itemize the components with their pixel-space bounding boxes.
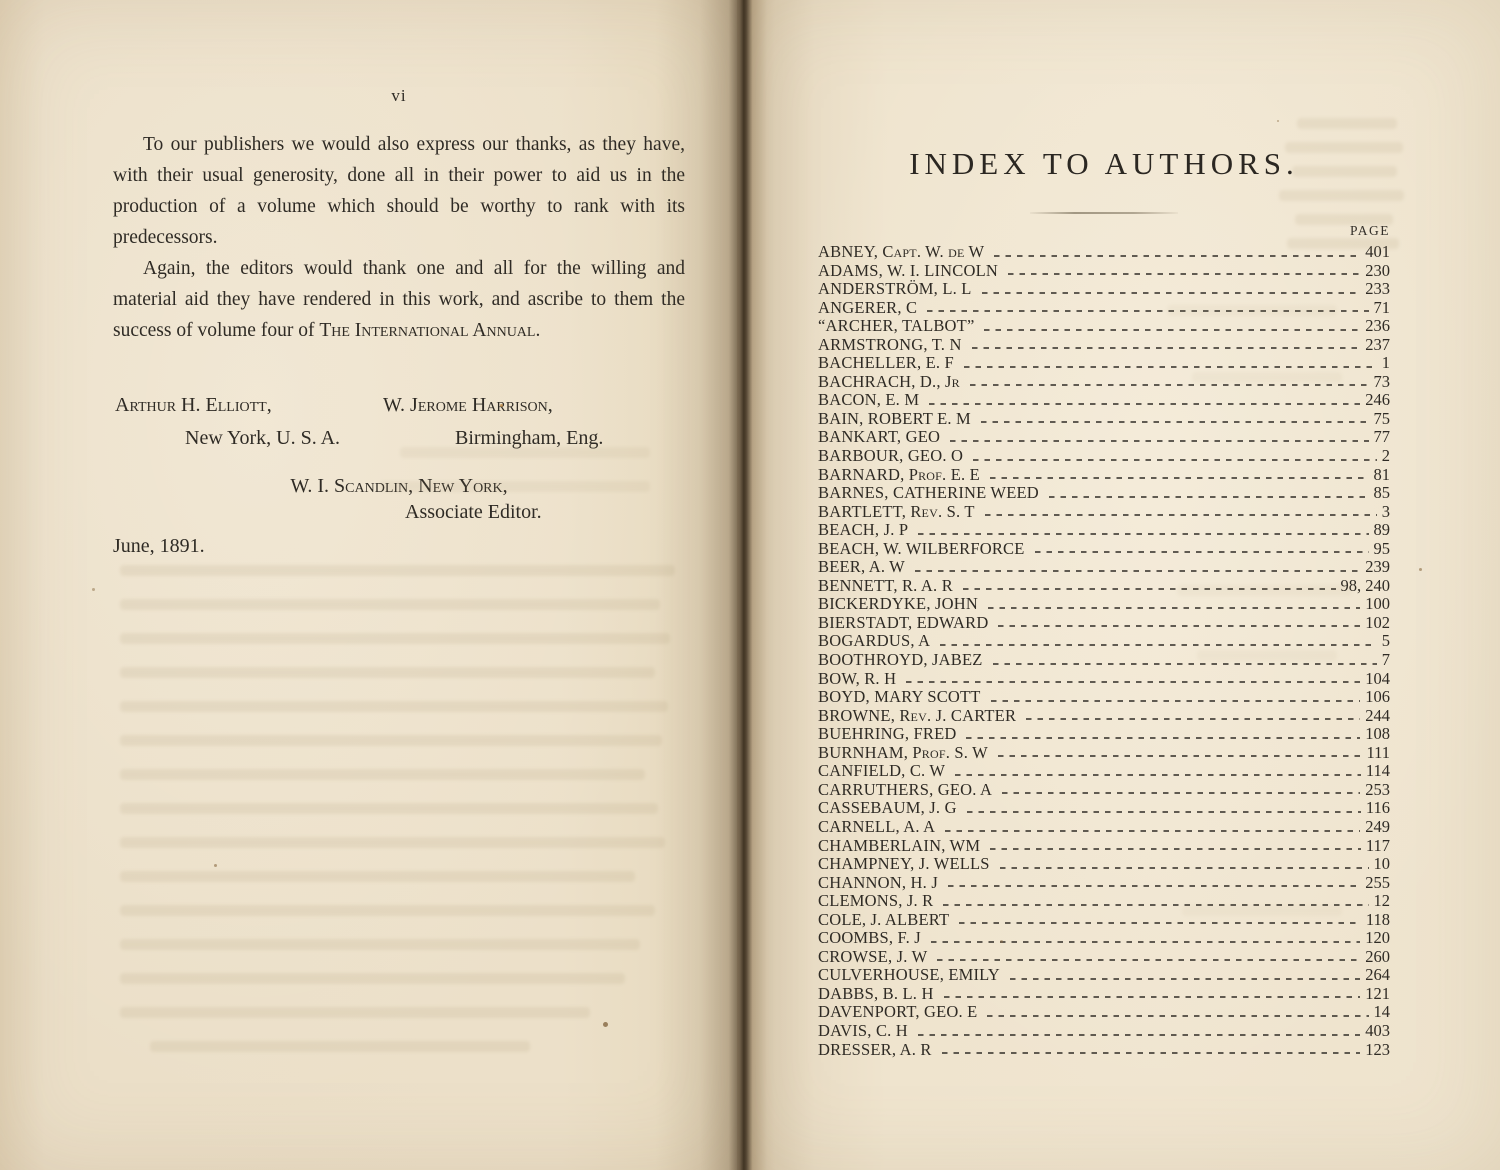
index-entry-row: BARTLETT, Rev. S. T 3 [818, 502, 1390, 521]
entry-page-number: 95 [1374, 539, 1391, 559]
index-entry-row: CARNELL, A. A 249 [818, 817, 1390, 836]
bleedthrough-text-smudge [120, 667, 655, 678]
author-name: BACHRACH, D., Jr [818, 372, 960, 392]
dot-leader [929, 403, 1360, 405]
index-entry-row: BEACH, W. WILBERFORCE 95 [818, 539, 1390, 558]
index-entry-row: COOMBS, F. J 120 [818, 928, 1390, 947]
dot-leader [966, 737, 1360, 739]
author-name: BARNES, CATHERINE WEED [818, 483, 1039, 503]
author-name: BUEHRING, FRED [818, 724, 956, 744]
dot-leader [1002, 792, 1360, 794]
dot-leader [950, 440, 1368, 442]
entry-page-number: 3 [1382, 502, 1390, 522]
entry-page-number: 108 [1365, 724, 1390, 744]
dot-leader [1010, 978, 1360, 980]
entry-page-number: 111 [1366, 743, 1390, 763]
entry-page-number: 89 [1374, 520, 1391, 540]
entry-page-number: 14 [1374, 1002, 1391, 1022]
entry-page-number: 2 [1382, 446, 1390, 466]
dot-leader [963, 588, 1336, 590]
author-name: CANFIELD, C. W [818, 761, 945, 781]
bleedthrough-text-smudge [120, 1007, 590, 1018]
author-name: BAIN, ROBERT E. M [818, 409, 971, 429]
index-entry-row: ADAMS, W. I. LINCOLN 230 [818, 261, 1390, 280]
bleedthrough-text-smudge [120, 803, 658, 814]
author-name: BARBOUR, GEO. O [818, 446, 963, 466]
entry-page-number: 249 [1365, 817, 1390, 837]
entry-page-number: 233 [1365, 279, 1390, 299]
title-divider-rule [1030, 212, 1178, 214]
entry-page-number: 10 [1374, 854, 1391, 874]
bleedthrough-text-smudge [120, 837, 665, 848]
associate-editor-title: Associate Editor. [113, 501, 685, 524]
dot-leader [998, 625, 1360, 627]
author-name: BEER, A. W [818, 557, 905, 577]
author-name: CHAMBERLAIN, WM [818, 836, 980, 856]
index-entry-row: BOOTHROYD, JABEZ 7 [818, 650, 1390, 669]
index-entry-row: DAVIS, C. H 403 [818, 1021, 1390, 1040]
dot-leader [955, 774, 1361, 776]
bleedthrough-text-smudge [120, 701, 668, 712]
index-entry-row: DAVENPORT, GEO. E 14 [818, 1002, 1390, 1021]
index-entry-row: BOYD, MARY SCOTT 106 [818, 687, 1390, 706]
author-name: CHAMPNEY, J. WELLS [818, 854, 990, 874]
dot-leader [984, 329, 1360, 331]
index-entry-row: ABNEY, Capt. W. de W 401 [818, 242, 1390, 261]
index-entry-row: COLE, J. ALBERT 118 [818, 910, 1390, 929]
dot-leader [937, 959, 1360, 961]
index-entry-row: BURNHAM, Prof. S. W 111 [818, 743, 1390, 762]
dot-leader [918, 533, 1368, 535]
author-index-list: ABNEY, Capt. W. de W 401 ADAMS, W. I. LI… [818, 242, 1390, 1058]
entry-page-number: 118 [1366, 910, 1390, 930]
entry-page-number: 98, 240 [1341, 576, 1391, 596]
editor-places-row: New York, U. S. A. Birmingham, Eng. [113, 427, 685, 460]
book-title-smallcaps: The International Annual. [319, 320, 540, 341]
entry-page-number: 114 [1366, 761, 1390, 781]
author-name: DABBS, B. L. H [818, 984, 934, 1004]
index-entry-row: CULVERHOUSE, EMILY 264 [818, 965, 1390, 984]
entry-page-number: 239 [1365, 557, 1390, 577]
index-entry-row: DABBS, B. L. H 121 [818, 984, 1390, 1003]
entry-page-number: 237 [1365, 335, 1390, 355]
index-entry-row: BARNARD, Prof. E. E 81 [818, 465, 1390, 484]
index-entry-row: BANKART, GEO 77 [818, 427, 1390, 446]
index-entry-row: BENNETT, R. A. R 98, 240 [818, 576, 1390, 595]
editor-names-row: Arthur H. Elliott, W. Jerome Harrison, [113, 394, 685, 427]
index-entry-row: BACHELLER, E. F 1 [818, 353, 1390, 372]
dot-leader [987, 1015, 1368, 1017]
dot-leader [982, 292, 1361, 294]
entry-page-number: 116 [1366, 798, 1390, 818]
index-entry-row: “ARCHER, TALBOT” 236 [818, 316, 1390, 335]
entry-page-number: 7 [1382, 650, 1390, 670]
dot-leader [948, 885, 1360, 887]
dot-leader [918, 1034, 1360, 1036]
author-name: ABNEY, Capt. W. de W [818, 242, 984, 262]
editor-2-place: Birmingham, Eng. [455, 427, 603, 450]
author-name: DAVENPORT, GEO. E [818, 1002, 977, 1022]
editor-1-name: Arthur H. Elliott, [115, 394, 272, 417]
date-line: June, 1891. [113, 535, 205, 558]
dot-leader [972, 347, 1361, 349]
foxing-speck [1419, 568, 1422, 571]
editor-1-place: New York, U. S. A. [185, 427, 340, 450]
entry-page-number: 120 [1365, 928, 1390, 948]
preface-text-block: To our publishers we would also express … [113, 129, 685, 346]
entry-page-number: 104 [1365, 669, 1390, 689]
signature-block: Arthur H. Elliott, W. Jerome Harrison, N… [113, 394, 685, 524]
author-name: BOGARDUS, A [818, 631, 930, 651]
author-name: BOW, R. H [818, 669, 896, 689]
foxing-speck [214, 864, 217, 867]
author-name: CLEMONS, J. R [818, 891, 933, 911]
dot-leader [1008, 273, 1360, 275]
dot-leader [927, 310, 1368, 312]
associate-editor-name: W. I. Scandlin, New York, [113, 475, 685, 498]
author-name: CULVERHOUSE, EMILY [818, 965, 1000, 985]
dot-leader [1035, 551, 1369, 553]
dot-leader [942, 1052, 1361, 1054]
foxing-speck [92, 588, 95, 591]
index-content: INDEX TO AUTHORS. PAGE ABNEY, Capt. W. d… [818, 146, 1390, 1058]
index-entry-row: BOW, R. H 104 [818, 669, 1390, 688]
author-name: BENNETT, R. A. R [818, 576, 953, 596]
index-entry-row: BICKERDYKE, JOHN 100 [818, 594, 1390, 613]
dot-leader [973, 459, 1377, 461]
author-name: ARMSTRONG, T. N [818, 335, 962, 355]
author-name: CARRUTHERS, GEO. A [818, 780, 992, 800]
dot-leader [931, 941, 1360, 943]
entry-page-number: 121 [1365, 984, 1390, 1004]
index-title: INDEX TO AUTHORS. [818, 146, 1390, 182]
author-name: COLE, J. ALBERT [818, 910, 949, 930]
index-entry-row: CHANNON, H. J 255 [818, 873, 1390, 892]
entry-page-number: 106 [1365, 687, 1390, 707]
author-name: CROWSE, J. W [818, 947, 927, 967]
entry-page-number: 401 [1365, 242, 1390, 262]
entry-page-number: 255 [1365, 873, 1390, 893]
index-entry-row: CHAMBERLAIN, WM 117 [818, 836, 1390, 855]
preface-paragraph-2: Again, the editors would thank one and a… [113, 253, 685, 346]
index-entry-row: CARRUTHERS, GEO. A 253 [818, 780, 1390, 799]
foxing-speck [603, 1022, 608, 1027]
author-name: BOOTHROYD, JABEZ [818, 650, 983, 670]
author-name: CASSEBAUM, J. G [818, 798, 957, 818]
bleedthrough-text-smudge [120, 905, 655, 916]
index-entry-row: BEER, A. W 239 [818, 557, 1390, 576]
author-name: BIERSTADT, EDWARD [818, 613, 988, 633]
entry-page-number: 236 [1365, 316, 1390, 336]
index-entry-row: DRESSER, A. R 123 [818, 1040, 1390, 1059]
author-name: BARNARD, Prof. E. E [818, 465, 980, 485]
author-name: CHANNON, H. J [818, 873, 938, 893]
index-entry-row: BACON, E. M 246 [818, 390, 1390, 409]
bleedthrough-text-smudge [120, 871, 635, 882]
dot-leader [940, 644, 1377, 646]
entry-page-number: 75 [1374, 409, 1391, 429]
author-name: COOMBS, F. J [818, 928, 921, 948]
book-spread-scan: vi To our publishers we would also expre… [0, 0, 1500, 1170]
index-entry-row: CLEMONS, J. R 12 [818, 891, 1390, 910]
index-entry-row: ANGERER, C 71 [818, 298, 1390, 317]
editor-2-name: W. Jerome Harrison, [383, 394, 553, 417]
author-name: DRESSER, A. R [818, 1040, 932, 1060]
dot-leader [998, 755, 1362, 757]
dot-leader [993, 663, 1377, 665]
foxing-speck [1277, 120, 1279, 122]
index-entry-row: BARNES, CATHERINE WEED 85 [818, 483, 1390, 502]
bleedthrough-text-smudge [120, 973, 625, 984]
author-name: ANDERSTRÖM, L. L [818, 279, 972, 299]
entry-page-number: 1 [1382, 353, 1390, 373]
index-entry-row: BIERSTADT, EDWARD 102 [818, 613, 1390, 632]
bleedthrough-text-smudge [120, 633, 670, 644]
author-name: DAVIS, C. H [818, 1021, 908, 1041]
bleedthrough-text-smudge [150, 1041, 530, 1052]
author-name: ADAMS, W. I. LINCOLN [818, 261, 998, 281]
dot-leader [985, 514, 1377, 516]
index-entry-row: CANFIELD, C. W 114 [818, 761, 1390, 780]
dot-leader [981, 421, 1369, 423]
index-entry-row: BAIN, ROBERT E. M 75 [818, 409, 1390, 428]
dot-leader [994, 255, 1360, 257]
dot-leader [943, 904, 1368, 906]
author-name: CARNELL, A. A [818, 817, 935, 837]
author-name: BOYD, MARY SCOTT [818, 687, 981, 707]
entry-page-number: 253 [1365, 780, 1390, 800]
index-entry-row: BEACH, J. P 89 [818, 520, 1390, 539]
entry-page-number: 100 [1365, 594, 1390, 614]
index-entry-row: CHAMPNEY, J. WELLS 10 [818, 854, 1390, 873]
author-name: BACON, E. M [818, 390, 919, 410]
index-entry-row: ANDERSTRÖM, L. L 233 [818, 279, 1390, 298]
author-name: BANKART, GEO [818, 427, 940, 447]
left-page: vi To our publishers we would also expre… [0, 0, 737, 1170]
entry-page-number: 5 [1382, 631, 1390, 651]
page-number: vi [113, 86, 685, 106]
author-name: BICKERDYKE, JOHN [818, 594, 978, 614]
index-entry-row: BOGARDUS, A 5 [818, 631, 1390, 650]
dot-leader [945, 830, 1360, 832]
dot-leader [1000, 867, 1369, 869]
author-name: BEACH, J. P [818, 520, 908, 540]
author-name: “ARCHER, TALBOT” [818, 316, 974, 336]
author-name: BARTLETT, Rev. S. T [818, 502, 975, 522]
author-name: BEACH, W. WILBERFORCE [818, 539, 1025, 559]
entry-page-number: 71 [1374, 298, 1391, 318]
preface-paragraph-1: To our publishers we would also express … [113, 129, 685, 253]
entry-page-number: 102 [1365, 613, 1390, 633]
entry-page-number: 230 [1365, 261, 1390, 281]
index-entry-row: CROWSE, J. W 260 [818, 947, 1390, 966]
index-entry-row: ARMSTRONG, T. N 237 [818, 335, 1390, 354]
index-entry-row: BUEHRING, FRED 108 [818, 724, 1390, 743]
author-name: ANGERER, C [818, 298, 917, 318]
bleedthrough-text-smudge [1297, 118, 1397, 129]
index-entry-row: BACHRACH, D., Jr 73 [818, 372, 1390, 391]
dot-leader [1049, 496, 1369, 498]
dot-leader [1026, 718, 1360, 720]
entry-page-number: 123 [1365, 1040, 1390, 1060]
bleedthrough-text-smudge [120, 735, 662, 746]
dot-leader [970, 384, 1369, 386]
dot-leader [964, 366, 1377, 368]
dot-leader [944, 996, 1361, 998]
dot-leader [991, 700, 1361, 702]
bleedthrough-text-smudge [120, 565, 675, 576]
dot-leader [990, 477, 1369, 479]
author-name: BROWNE, Rev. J. CARTER [818, 706, 1016, 726]
bleedthrough-text-smudge [120, 939, 640, 950]
dot-leader [967, 811, 1361, 813]
index-entry-row: BARBOUR, GEO. O 2 [818, 446, 1390, 465]
index-entry-row: CASSEBAUM, J. G 116 [818, 798, 1390, 817]
dot-leader [990, 848, 1361, 850]
entry-page-number: 81 [1374, 465, 1391, 485]
entry-page-number: 117 [1366, 836, 1390, 856]
entry-page-number: 264 [1365, 965, 1390, 985]
bleedthrough-text-smudge [120, 599, 660, 610]
entry-page-number: 12 [1374, 891, 1391, 911]
entry-page-number: 77 [1374, 427, 1391, 447]
entry-page-number: 260 [1365, 947, 1390, 967]
entry-page-number: 73 [1374, 372, 1391, 392]
dot-leader [988, 607, 1360, 609]
author-name: BACHELLER, E. F [818, 353, 954, 373]
entry-page-number: 246 [1365, 390, 1390, 410]
entry-page-number: 244 [1365, 706, 1390, 726]
bleedthrough-text-smudge [120, 769, 645, 780]
right-page: INDEX TO AUTHORS. PAGE ABNEY, Capt. W. d… [737, 0, 1500, 1170]
dot-leader [959, 922, 1361, 924]
page-column-label: PAGE [818, 223, 1390, 239]
dot-leader [906, 681, 1360, 683]
entry-page-number: 403 [1365, 1021, 1390, 1041]
entry-page-number: 85 [1374, 483, 1391, 503]
index-entry-row: BROWNE, Rev. J. CARTER 244 [818, 706, 1390, 725]
author-name: BURNHAM, Prof. S. W [818, 743, 988, 763]
dot-leader [915, 570, 1360, 572]
